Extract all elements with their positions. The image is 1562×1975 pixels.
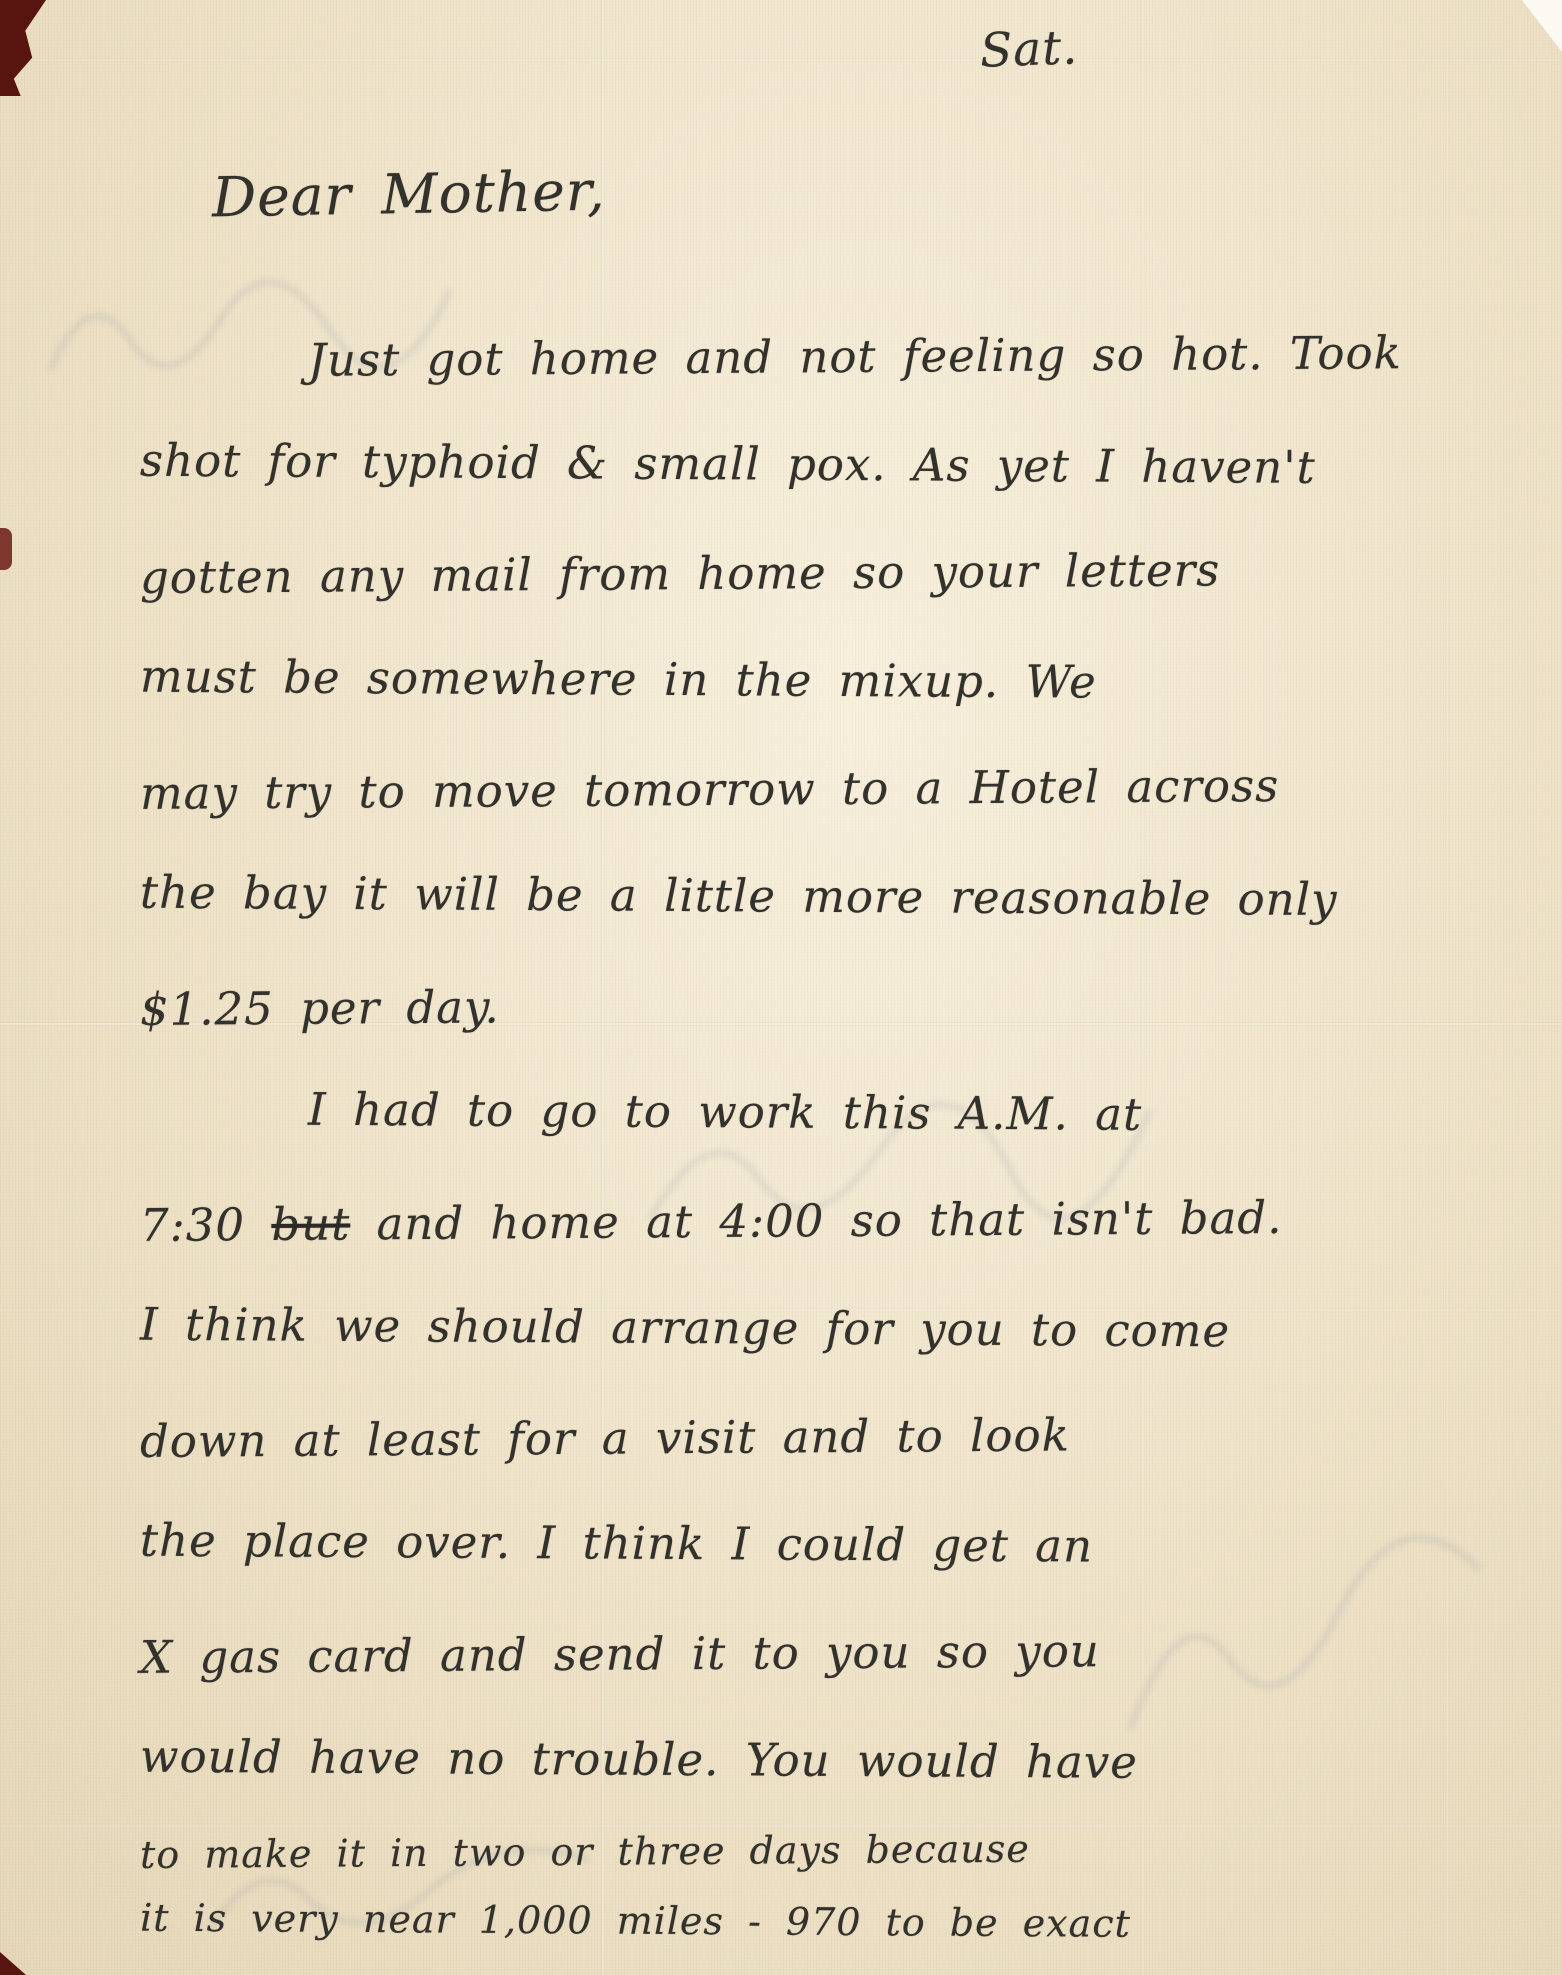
letter-text-segment: and home at 4:00 so that isn't bad.	[350, 1191, 1283, 1251]
crossed-out-word: but	[271, 1197, 350, 1251]
scan-artifact-top-left	[0, 0, 46, 96]
letter-text-segment: would have no trouble. You would have	[140, 1730, 1138, 1789]
letter-text-segment: may try to move tomorrow to a Hotel acro…	[140, 759, 1280, 820]
date-line: Sat.	[979, 20, 1079, 78]
letter-line: down at least for a visit and to look	[140, 1380, 1553, 1498]
letter-text-segment: the place over. I think I could get an	[140, 1514, 1093, 1573]
letter-line: Just got home and not feeling so hot. To…	[140, 300, 1553, 418]
salutation: Dear Mother,	[211, 159, 606, 230]
letter-line: may try to move tomorrow to a Hotel acro…	[140, 732, 1553, 850]
scan-artifact-left-edge	[0, 528, 12, 570]
letter-line: 7:30 but and home at 4:00 so that isn't …	[140, 1164, 1553, 1282]
letter-text-segment: shot for typhoid & small pox. As yet I h…	[140, 434, 1316, 494]
letter-text-segment: must be somewhere in the mixup. We	[140, 650, 1097, 709]
letter-line: the place over. I think I could get an	[140, 1489, 1553, 1606]
letter-line: I had to go to work this A.M. at	[140, 1057, 1553, 1174]
letter-line: gotten any mail from home so your letter…	[140, 516, 1553, 634]
letter-line: would have no trouble. You would have	[140, 1705, 1553, 1822]
letter-text-segment: the bay it will be a little more reasona…	[140, 866, 1338, 926]
letter-line: the bay it will be a little more reasona…	[140, 841, 1553, 958]
letter-line: I think we should arrange for you to com…	[140, 1273, 1553, 1390]
letter-text-segment: it is very near 1,000 miles - 970 to be …	[140, 1896, 1131, 1946]
letter-text-segment: to make it in two or three days because	[140, 1827, 1030, 1877]
letter-text-segment: gotten any mail from home so your letter…	[140, 543, 1221, 604]
scanned-letter-page: { "document": { "kind": "handwritten let…	[0, 0, 1562, 1975]
letter-text-segment: I think we should arrange for you to com…	[140, 1298, 1230, 1358]
letter-line: X gas card and send it to you so you	[140, 1596, 1553, 1714]
letter-text-segment: Just got home and not feeling so hot. To…	[308, 326, 1402, 387]
letter-text-segment: X gas card and send it to you so you	[140, 1624, 1100, 1684]
letter-text-segment: I had to go to work this A.M. at	[308, 1083, 1142, 1141]
letter-paper: Sat. Dear Mother, Just got home and not …	[0, 0, 1562, 1975]
letter-line: to make it in two or three days because	[140, 1812, 1552, 1894]
letter-line: must be somewhere in the mixup. We	[140, 625, 1553, 742]
letter-line: it is very near 1,000 miles - 970 to be …	[140, 1885, 1552, 1966]
torn-corner-top-right	[1522, 0, 1562, 52]
letter-text-segment: $1.25 per day.	[140, 980, 500, 1036]
letter-text-segment: down at least for a visit and to look	[140, 1408, 1070, 1467]
horizontal-fold-crease	[0, 58, 1562, 62]
letter-line: shot for typhoid & small pox. As yet I h…	[140, 409, 1553, 526]
scan-artifact-bottom-left	[0, 1952, 26, 1975]
letter-text-segment: 7:30	[140, 1198, 272, 1252]
letter-body: Just got home and not feeling so hot. To…	[140, 305, 1552, 1961]
letter-line: $1.25 per day.	[140, 948, 1553, 1066]
